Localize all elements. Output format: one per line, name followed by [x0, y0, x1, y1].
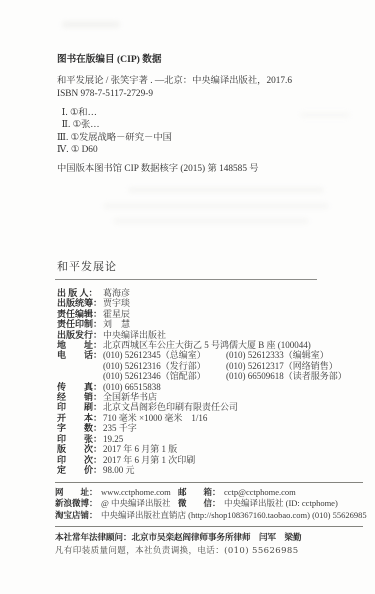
row-label: 出版发行：: [57, 330, 103, 340]
email-address: cctp@cctphome.com: [224, 487, 296, 497]
scan-bleed-artifact: [128, 187, 324, 193]
website-url: www.cctphome.com: [101, 487, 178, 498]
row-value: 710 毫米 ×1000 毫米 1/16: [103, 413, 207, 423]
row-label: 印 张：: [57, 434, 103, 444]
row-label: 责任编辑：: [57, 309, 103, 319]
colophon-row-phone: (010) 52612346（馆配部）(010) 66509618（读者服务部）: [57, 371, 361, 381]
row-label: 定 价：: [57, 465, 103, 475]
row-value: (010) 52612316（发行部）: [103, 361, 226, 371]
legal-advisor-line: 本社常年法律顾问：北京市吴栾赵阎律师事务所律师 闫军 梁勤: [55, 531, 363, 543]
row-value-2: (010) 52612317（网络销售）: [226, 361, 338, 371]
colophon-row-editor: 责任编辑：霍星辰: [57, 309, 361, 319]
divider: [55, 279, 317, 280]
cip-entry: Ⅲ. ①发展战略－研究－中国: [57, 132, 361, 144]
row-label: 传 真：: [57, 382, 103, 392]
cip-description: 和平发展论 / 张笑宇著 . —北京：中央编译出版社，2017.6: [57, 75, 361, 88]
row-value: 全国新华书店: [103, 392, 157, 402]
row-value: 贾宇琰: [103, 298, 130, 308]
row-label: 开 本：: [57, 413, 103, 423]
footer-row-taobao: 淘宝店铺：中央编译出版社直销店 (http://shop108367160.ta…: [55, 510, 363, 521]
scanned-copyright-page: 图书在版编目 (CIP) 数据 和平发展论 / 张笑宇著 . —北京：中央编译出…: [0, 0, 375, 594]
publication-detail-rows: 出 版 人：葛海彦 出版统筹：贾宇琰 责任编辑：霍星辰 责任印制：刘 慧 出版发…: [57, 288, 361, 475]
taobao-store-url: 中央编译出版社直销店 (http://shop108367160.taobao.…: [101, 510, 367, 520]
row-value: 98.00 元: [103, 465, 135, 475]
divider: [55, 526, 363, 527]
row-value: 235 千字: [103, 423, 137, 433]
colophon-row-publisher: 出版发行：中央编译出版社: [57, 330, 361, 340]
row-value: 霍星辰: [103, 309, 130, 319]
cip-entry: Ⅳ. ① D60: [57, 144, 361, 156]
colophon-row-impression: 印 次：2017 年 6 月第 1 次印刷: [57, 455, 361, 465]
row-label: 邮 箱：: [178, 487, 224, 498]
row-label: 印 刷：: [57, 402, 103, 412]
divider: [55, 482, 363, 483]
row-label: 字 数：: [57, 423, 103, 433]
row-label: 出 版 人：: [57, 288, 103, 298]
footer-row-weibo-wechat: 新浪微博：@ 中央编译出版社微 信：中央编译出版社 (ID: cctphome): [55, 498, 363, 509]
row-label: 出版统筹：: [57, 298, 103, 308]
row-value: 2017 年 6 月第 1 次印刷: [103, 455, 195, 465]
row-label: 网 址：: [55, 487, 101, 498]
quality-notice-line: 凡有印装质量问题，本社负责调换，电话：(010) 55626985: [55, 545, 363, 557]
colophon-row-publisher-person: 出 版 人：葛海彦: [57, 288, 361, 298]
row-label: 新浪微博：: [55, 498, 101, 509]
cip-data-block: 图书在版编目 (CIP) 数据 和平发展论 / 张笑宇著 . —北京：中央编译出…: [57, 53, 361, 176]
cip-classification-entries: Ⅰ. ①和… Ⅱ. ①张… Ⅲ. ①发展战略－研究－中国 Ⅳ. ① D60: [57, 107, 361, 156]
row-label: 印 次：: [57, 455, 103, 465]
row-label: 责任印制：: [57, 319, 103, 329]
footer-row-web-email: 网 址：www.cctphome.com邮 箱：cctp@cctphome.co…: [55, 487, 363, 498]
row-value: (010) 52612346（馆配部）: [103, 371, 226, 381]
row-value: 北京西城区车公庄大街乙 5 号鸿儒大厦 B 座 (100044): [103, 340, 311, 350]
row-value: 北京文昌阁彩色印刷有限责任公司: [103, 402, 238, 412]
row-label: 版 次：: [57, 444, 103, 454]
cip-entry: Ⅱ. ①张…: [57, 119, 361, 131]
scan-bleed-artifact: [62, 21, 120, 28]
row-value: 刘 慧: [103, 319, 130, 329]
colophon-row-sheets: 印 张：19.25: [57, 434, 361, 444]
scan-bleed-artifact: [113, 218, 309, 224]
row-label: 地 址：: [57, 340, 103, 350]
colophon-row-print-supervisor: 责任印制：刘 慧: [57, 319, 361, 329]
colophon-row-coordinator: 出版统筹：贾宇琰: [57, 298, 361, 308]
weibo-handle: @ 中央编译出版社: [101, 498, 178, 509]
colophon-row-address: 地 址：北京西城区车公庄大街乙 5 号鸿儒大厦 B 座 (100044): [57, 340, 361, 350]
row-value: 19.25: [103, 434, 123, 444]
colophon-block: 和平发展论 出 版 人：葛海彦 出版统筹：贾宇琰 责任编辑：霍星辰 责任印制：刘…: [57, 258, 361, 475]
contact-rows: 网 址：www.cctphome.com邮 箱：cctp@cctphome.co…: [55, 487, 363, 521]
colophon-row-fax: 传 真：(010) 66515838: [57, 382, 361, 392]
cip-entry: Ⅰ. ①和…: [57, 107, 361, 119]
colophon-row-format: 开 本：710 毫米 ×1000 毫米 1/16: [57, 413, 361, 423]
book-title: 和平发展论: [57, 258, 361, 274]
wechat-id: 中央编译出版社 (ID: cctphome): [224, 498, 338, 508]
row-value-2: (010) 66509618（读者服务部）: [226, 371, 347, 381]
cip-isbn: ISBN 978-7-5117-2729-9: [57, 88, 361, 101]
colophon-row-word-count: 字 数：235 千字: [57, 423, 361, 433]
row-label: 电 话：: [57, 350, 103, 360]
colophon-row-edition: 版 次：2017 年 6 月第 1 版: [57, 444, 361, 454]
row-value: (010) 66515838: [103, 382, 161, 392]
colophon-row-phone: (010) 52612316（发行部）(010) 52612317（网络销售）: [57, 361, 361, 371]
row-value-2: (010) 52612333（编辑室）: [226, 350, 329, 360]
row-label: 微 信：: [178, 498, 224, 509]
row-value: 葛海彦: [103, 288, 130, 298]
row-value: (010) 52612345（总编室）: [103, 350, 226, 360]
publisher-contact-block: 网 址：www.cctphome.com邮 箱：cctp@cctphome.co…: [55, 477, 363, 557]
colophon-row-printing-house: 印 刷：北京文昌阁彩色印刷有限责任公司: [57, 402, 361, 412]
row-value: 2017 年 6 月第 1 版: [103, 444, 177, 454]
colophon-row-phone: 电 话：(010) 52612345（总编室）(010) 52612333（编辑…: [57, 350, 361, 360]
row-label: 淘宝店铺：: [55, 510, 101, 521]
cip-record-number: 中国版本图书馆 CIP 数据核字 (2015) 第 148585 号: [57, 163, 361, 176]
colophon-row-price: 定 价：98.00 元: [57, 465, 361, 475]
cip-heading: 图书在版编目 (CIP) 数据: [57, 53, 361, 66]
colophon-row-distribution: 经 销：全国新华书店: [57, 392, 361, 402]
scan-bleed-artifact: [103, 203, 329, 209]
row-value: 中央编译出版社: [103, 330, 166, 340]
row-label: 经 销：: [57, 392, 103, 402]
